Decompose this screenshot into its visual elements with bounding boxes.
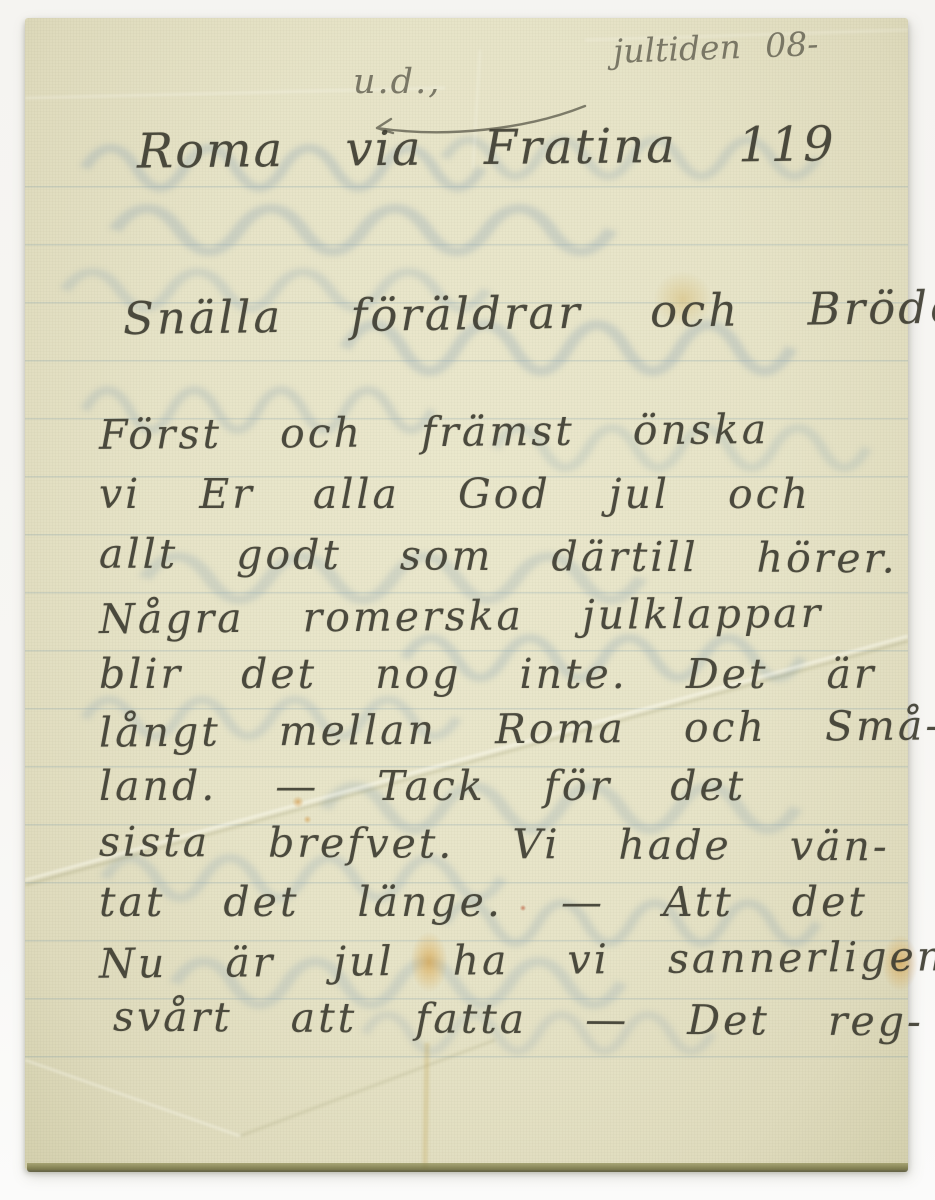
body-line: tat det länge. — Att det [99,878,868,926]
body-line: vi Er alla God jul och [99,470,811,518]
body-line: Nu är jul ha vi sannerligen [99,932,935,987]
letter-paper: jultiden 08- u.d., Roma via Fratina 119 … [25,18,908,1170]
annotation-ud: u.d., [353,62,441,102]
annotation-jultiden: jultiden 08- [612,24,819,71]
body-line: Först och främst önska [99,405,770,459]
body-line: land. — Tack för det [99,762,746,810]
body-line: Några romerska julklappar [99,589,824,643]
body-line: blir det nog inte. Det är [99,650,877,698]
body-line: svårt att fatta — Det reg- [113,993,924,1046]
body-line: långt mellan Roma och Små- [99,701,935,756]
body-line: sista brefvet. Vi hade vän- [99,818,890,871]
salutation-line: Snälla föräldrar och Bröder! [123,280,935,345]
address-line: Roma via Fratina 119 [137,116,836,179]
body-line: allt godt som därtill hörer. [99,530,898,583]
photo-background: jultiden 08- u.d., Roma via Fratina 119 … [0,0,935,1200]
